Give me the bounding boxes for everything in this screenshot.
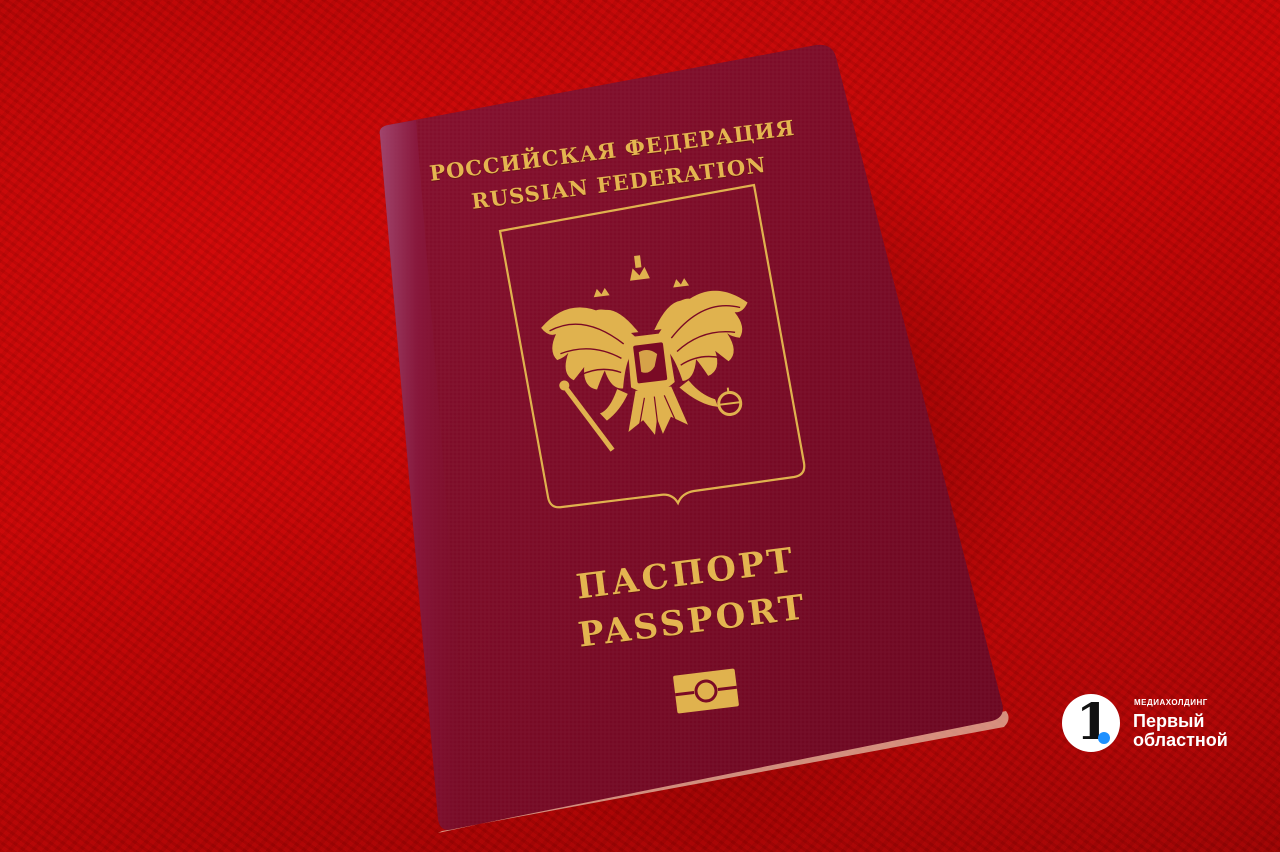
watermark-logo: 1 МЕДИАХОЛДИНГ Первый областной (1062, 692, 1252, 756)
logo-name-line1: Первый (1133, 711, 1204, 731)
biometric-chip-icon (673, 668, 739, 713)
passport: РОССИЙСКАЯ ФЕДЕРАЦИЯ RUSSIAN FEDERATION … (376, 43, 936, 823)
logo-blue-dot-icon (1098, 732, 1110, 744)
logo-name-line2: областной (1133, 730, 1228, 750)
logo-small-label: МЕДИАХОЛДИНГ (1134, 698, 1208, 707)
